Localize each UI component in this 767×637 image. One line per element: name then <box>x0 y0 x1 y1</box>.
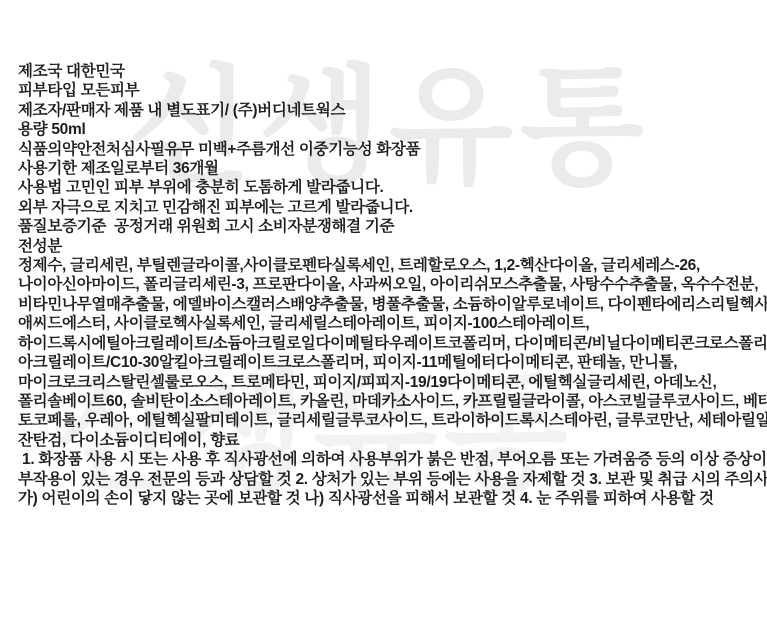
ingredients-line: 정제수, 글리세린, 부틸렌글라이콜,사이클로펜타실록세인, 트레할로오스, 1… <box>18 256 767 275</box>
field-country-of-origin: 제조국 대한민국 <box>18 62 767 81</box>
field-usage-direction-2: 외부 자극으로 지치고 민감해진 피부에는 고르게 발라줍니다. <box>18 198 767 217</box>
ingredients-line: 하이드록시에틸아크릴레이트/소듐아크릴로일다이메틸타우레이트코폴리머, 다이메티… <box>18 334 767 353</box>
field-usage-direction-1: 사용법 고민인 피부 부위에 충분히 도톰하게 발라줍니다. <box>18 178 767 197</box>
field-volume: 용량 50ml <box>18 120 767 139</box>
product-info-text: 제조국 대한민국 피부타입 모든피부 제조자/판매자 제품 내 별도표기/ (주… <box>18 62 767 508</box>
caution-line-1: 1. 화장품 사용 시 또는 사용 후 직사광선에 의하여 사용부위가 붉은 반… <box>18 450 767 469</box>
ingredients-line: 마이크로크리스탈린셀룰로오스, 트로메타민, 피이지/피피지-19/19다이메티… <box>18 373 767 392</box>
field-manufacturer-seller: 제조자/판매자 제품 내 별도표기/ (주)버디네트웍스 <box>18 101 767 120</box>
caution-line-2: 부작용이 있는 경우 전문의 등과 상담할 것 2. 상처가 있는 부위 등에는… <box>18 470 767 489</box>
field-skin-type: 피부타입 모든피부 <box>18 81 767 100</box>
field-quality-standard: 품질보증기준 공정거래 위원회 고시 소비자분쟁해결 기준 <box>18 217 767 236</box>
ingredients-line: 나이아신아마이드, 폴리글리세린-3, 프로판다이올, 사과씨오일, 아이리쉬모… <box>18 275 767 294</box>
product-detail-info-page: 신생유통 신생유통 제조국 대한민국 피부타입 모든피부 제조자/판매자 제품 … <box>0 0 767 637</box>
field-shelf-life: 사용기한 제조일로부터 36개월 <box>18 159 767 178</box>
ingredients-line: 비타민나무열매추출물, 에델바이스캘러스배양추출물, 병풀추출물, 소듐하이알루… <box>18 295 767 314</box>
ingredients-line: 아크릴레이트/C10-30알킬아크릴레이트크로스폴리머, 피이지-11메틸에터다… <box>18 353 767 372</box>
caution-line-3: 가) 어린이의 손이 닿지 않는 곳에 보관할 것 나) 직사광선을 피해서 보… <box>18 489 767 508</box>
ingredients-line: 잔탄검, 다이소듐이디티에이, 향료 <box>18 431 767 450</box>
ingredients-heading: 전성분 <box>18 237 767 256</box>
ingredients-line: 폴리솔베이트60, 솔비탄이소스테아레이트, 카올린, 마데카소사이드, 카프릴… <box>18 392 767 411</box>
ingredients-line: 토코페롤, 우레아, 에틸헥실팔미테이트, 글리세릴글루코사이드, 트라이하이드… <box>18 411 767 430</box>
ingredients-line: 애씨드에스터, 사이클로헥사실록세인, 글리세릴스테아레이트, 피이지-100스… <box>18 314 767 333</box>
field-mfds-approval: 식품의약안전처심사필유무 미백+주름개선 이중기능성 화장품 <box>18 140 767 159</box>
